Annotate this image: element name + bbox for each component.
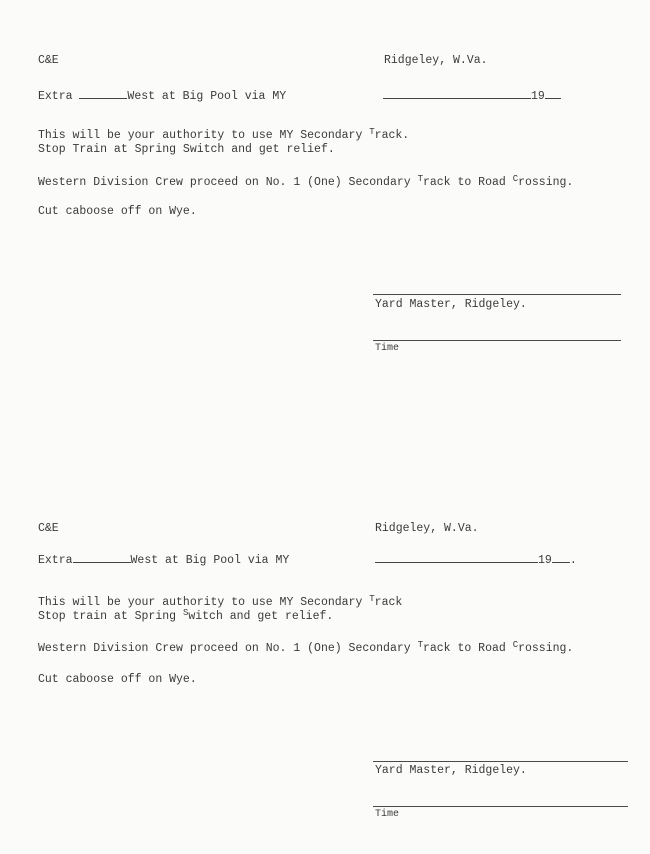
year-blank[interactable] bbox=[545, 88, 561, 99]
location-label: Ridgeley, W.Va. bbox=[375, 522, 479, 535]
extra-label: Extra bbox=[38, 554, 73, 567]
time-label: Time bbox=[375, 343, 399, 354]
stop-train-line: Stop Train at Spring Switch and get reli… bbox=[38, 143, 335, 156]
time-rule bbox=[373, 806, 628, 807]
extra-number-blank[interactable] bbox=[79, 88, 127, 99]
date-blank[interactable] bbox=[375, 552, 538, 563]
document-page: C&E Ridgeley, W.Va. Extra West at Big Po… bbox=[0, 0, 650, 854]
time-rule bbox=[373, 340, 621, 341]
extra-route-text: West at Big Pool via MY bbox=[127, 90, 286, 103]
date-blank[interactable] bbox=[383, 88, 531, 99]
signature-rule bbox=[373, 761, 628, 762]
yard-master-signature-label: Yard Master, Ridgeley. bbox=[375, 298, 527, 311]
date-line: 19. bbox=[375, 552, 577, 567]
company-label: C&E bbox=[38, 54, 59, 67]
time-label: Time bbox=[375, 809, 399, 820]
location-label: Ridgeley, W.Va. bbox=[384, 54, 488, 67]
yard-master-signature-label: Yard Master, Ridgeley. bbox=[375, 764, 527, 777]
company-label: C&E bbox=[38, 522, 59, 535]
crew-instruction-line: Western Division Crew proceed on No. 1 (… bbox=[38, 642, 573, 655]
caboose-line: Cut caboose off on Wye. bbox=[38, 673, 197, 686]
extra-number-blank[interactable] bbox=[73, 552, 131, 563]
year-prefix: 19 bbox=[538, 554, 552, 567]
year-blank[interactable] bbox=[552, 552, 570, 563]
crew-instruction-line: Western Division Crew proceed on No. 1 (… bbox=[38, 176, 573, 189]
authority-line: This will be your authority to use MY Se… bbox=[38, 129, 409, 142]
extra-line: ExtraWest at Big Pool via MY bbox=[38, 552, 289, 567]
stop-train-line: Stop train at Spring Switch and get reli… bbox=[38, 610, 333, 623]
date-line: 19 bbox=[383, 88, 561, 103]
extra-line: Extra West at Big Pool via MY bbox=[38, 88, 286, 103]
caboose-line: Cut caboose off on Wye. bbox=[38, 205, 197, 218]
year-prefix: 19 bbox=[531, 90, 545, 103]
extra-label: Extra bbox=[38, 90, 73, 103]
extra-route-text: West at Big Pool via MY bbox=[131, 554, 290, 567]
signature-rule bbox=[373, 294, 621, 295]
authority-line: This will be your authority to use MY Se… bbox=[38, 596, 402, 609]
